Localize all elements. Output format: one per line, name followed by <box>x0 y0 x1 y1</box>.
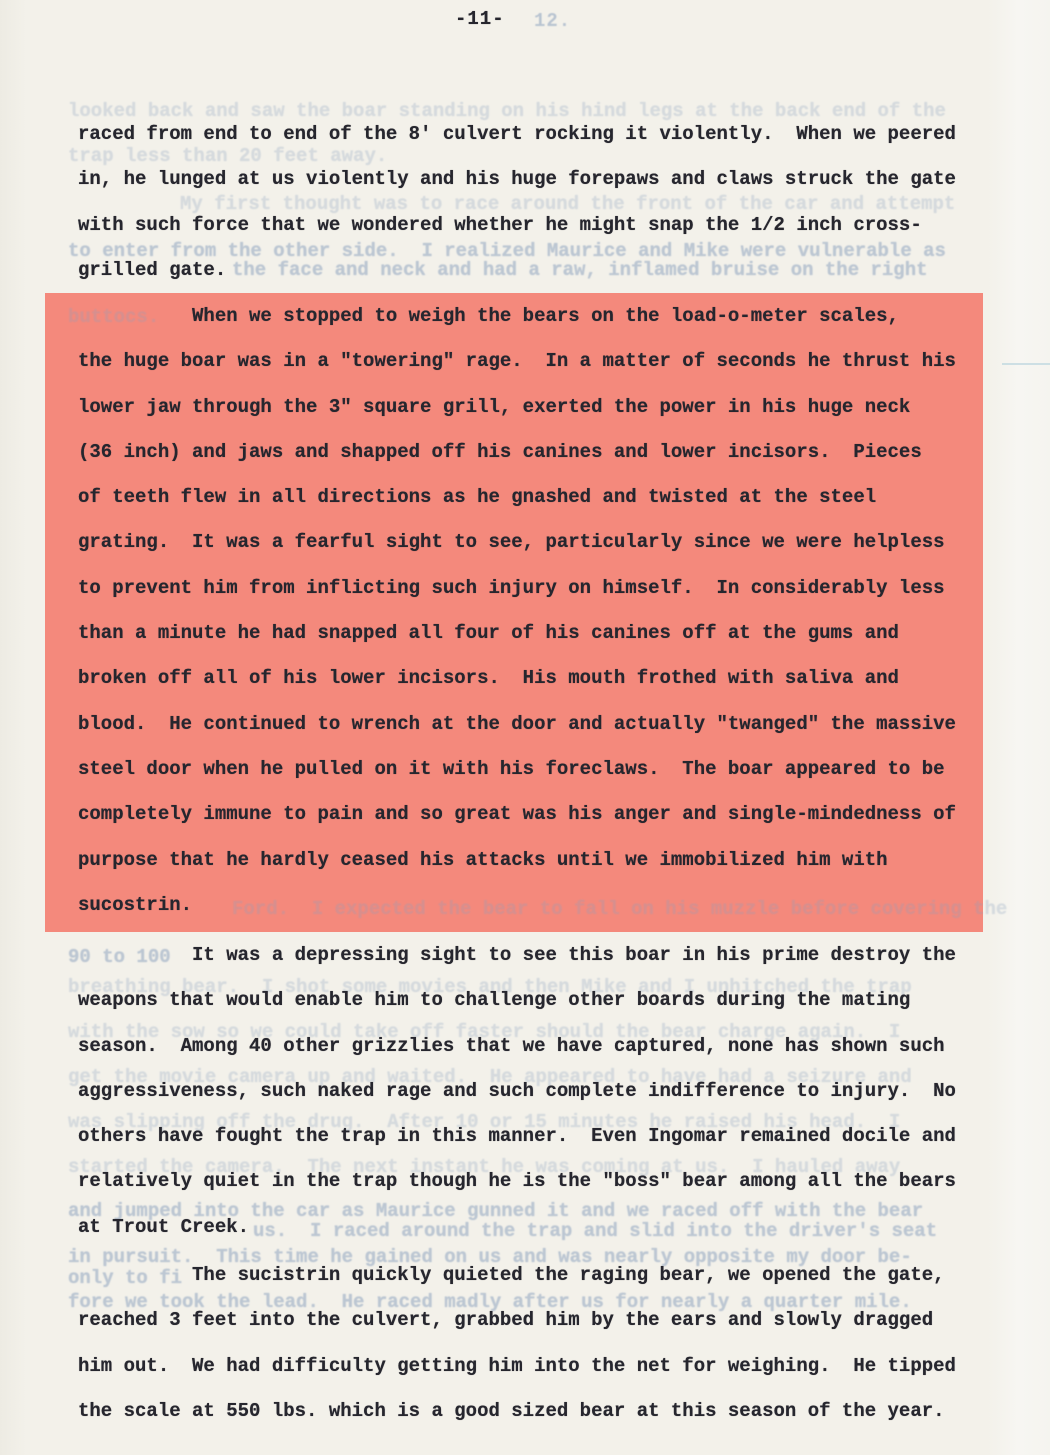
typed-line: of teeth flew in all directions as he gn… <box>78 475 956 520</box>
typed-line: raced from end to end of the 8' culvert … <box>78 112 956 157</box>
typed-line: at Trout Creek. <box>78 1205 956 1250</box>
paragraph-sucistrin: The sucistrin quickly quieted the raging… <box>78 1253 956 1434</box>
typed-line: season. Among 40 other grizzlies that we… <box>78 1024 956 1069</box>
typed-line: in, he lunged at us violently and his hu… <box>78 157 956 202</box>
typed-line: It was a depressing sight to see this bo… <box>78 933 956 978</box>
typed-line: with such force that we wondered whether… <box>78 203 956 248</box>
typed-line: broken off all of his lower incisors. Hi… <box>78 656 956 701</box>
typed-line: completely immune to pain and so great w… <box>78 792 956 837</box>
page-number-ghost: 12. <box>534 10 571 32</box>
paragraph-highlighted-weighing: When we stopped to weigh the bears on th… <box>78 294 956 928</box>
typed-line: grilled gate. <box>78 248 956 293</box>
typed-line: sucostrin. <box>78 883 956 928</box>
paragraph-depressing-sight: It was a depressing sight to see this bo… <box>78 933 956 1250</box>
typed-line: purpose that he hardly ceased his attack… <box>78 838 956 883</box>
document-page: looked back and saw the boar standing on… <box>0 0 1050 1455</box>
typed-line: (36 inch) and jaws and shapped off his c… <box>78 430 956 475</box>
typed-line: the scale at 550 lbs. which is a good si… <box>78 1389 956 1434</box>
typed-line: blood. He continued to wrench at the doo… <box>78 702 956 747</box>
typed-line: lower jaw through the 3" square grill, e… <box>78 385 956 430</box>
typed-line: weapons that would enable him to challen… <box>78 978 956 1023</box>
typed-line: him out. We had difficulty getting him i… <box>78 1344 956 1389</box>
typed-line: others have fought the trap in this mann… <box>78 1114 956 1159</box>
scan-artifact-line <box>1002 363 1050 365</box>
typed-line: to prevent him from inflicting such inju… <box>78 566 956 611</box>
paragraph-culvert: raced from end to end of the 8' culvert … <box>78 112 956 293</box>
typed-line: The sucistrin quickly quieted the raging… <box>78 1253 956 1298</box>
typed-line: the huge boar was in a "towering" rage. … <box>78 339 956 384</box>
typed-line: relatively quiet in the trap though he i… <box>78 1159 956 1204</box>
typed-line: aggressiveness, such naked rage and such… <box>78 1069 956 1114</box>
typed-line: than a minute he had snapped all four of… <box>78 611 956 656</box>
typed-line: When we stopped to weigh the bears on th… <box>78 294 956 339</box>
typed-line: reached 3 feet into the culvert, grabbed… <box>78 1298 956 1343</box>
typed-line: grating. It was a fearful sight to see, … <box>78 520 956 565</box>
page-number: -11- <box>455 8 505 30</box>
typed-line: steel door when he pulled on it with his… <box>78 747 956 792</box>
